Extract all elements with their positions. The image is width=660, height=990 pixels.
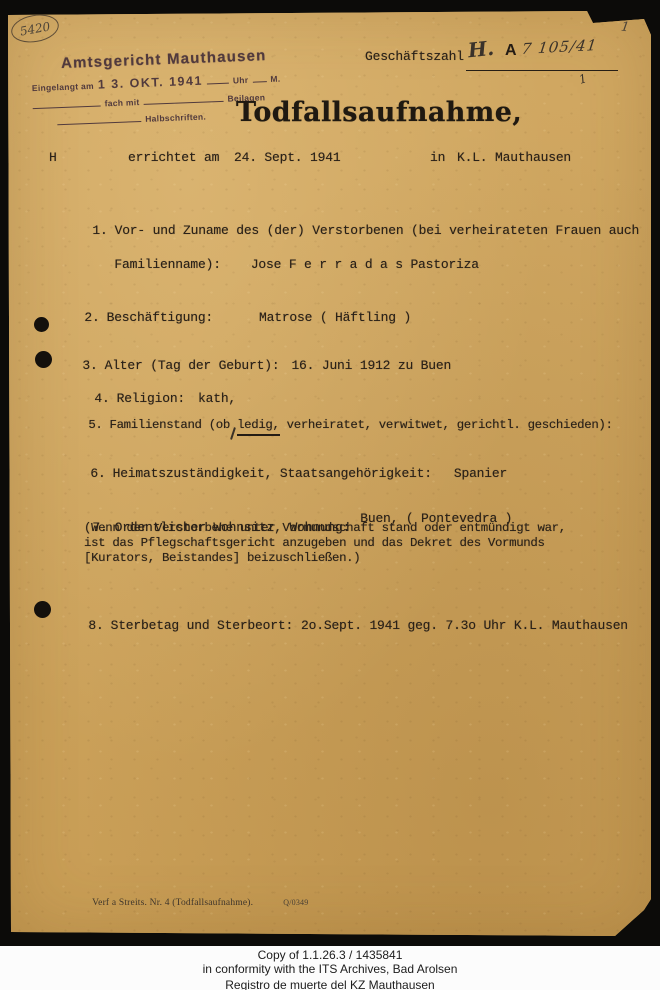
item-2-value: Matrose ( Häftling ) [259,310,411,325]
item-6-label: Heimatszuständigkeit, Staatsangehörigkei… [113,466,432,481]
item-3-value: 16. Juni 1912 zu Buen [291,358,451,373]
case-number-handwritten-prefix: H. [467,36,495,63]
item-2-line: 2.Beschäftigung:Matrose ( Häftling ) [54,296,411,341]
form-footer-reference: Verf a Streits. Nr. 4 (Todfallsaufnahme)… [92,898,253,908]
item-7-note-line-3: [Kurators, Beistandes] beizuschließen.) [84,551,360,565]
item-7-note-line-2: ist das Pflegschaftsgericht anzugeben un… [84,536,545,550]
item-6-number: 6. [90,466,105,481]
stamp-received-date: 1 3. OKT. 1941 [98,74,204,92]
case-number-small-mark: 1 [577,71,588,87]
stamp-court-name: Amtsgericht Mauthausen [61,46,301,72]
document-title: Todfallsaufnahme, [236,97,522,128]
stamp-blank-line [32,100,100,110]
stamp-blank-line [207,77,229,85]
caption-copy-reference: Copy of 1.1.26.3 / 1435841 [258,949,403,963]
stamp-uhr-label: Uhr [233,75,249,86]
item-1-label-continued: Familienname): [114,257,220,272]
stamp-blank-line [57,115,141,125]
item-6-value: Spanier [454,466,507,481]
item-8-value: 2o.Sept. 1941 geg. 7.3o Uhr K.L. Mauthau… [301,618,628,633]
item-2-label: Beschäftigung: [107,310,213,325]
item-3-number: 3. [82,358,97,373]
item-6-line: 6.Heimatszuständigkeit, Staatsangehörigk… [60,452,507,497]
header-margin-letter: H [49,151,57,166]
case-number-label: Geschäftszahl [365,50,464,65]
item-1-label: Vor- und Zuname des (der) Verstorbenen (… [115,223,640,238]
item-5-line: 5.Familienstand (ob ledig, verheiratet, … [60,404,613,447]
item-3-label: Alter (Tag der Geburt): [105,358,280,373]
header-in-label: in [430,151,445,166]
item-5-underlined-option: ledig, [237,418,280,436]
stamp-received-row: Eingelangt am 1 3. OKT. 1941 Uhr M. [32,70,302,94]
header-created-date: 24. Sept. 1941 [234,151,340,166]
page-number: 1 [620,19,630,35]
item-5-label-pre: Familienstand (ob [110,418,238,432]
stamp-halbschriften-label: Halbschriften. [145,112,206,124]
archive-ref-oval: 5420 [9,11,61,46]
stamp-fach-mit-label: fach mit [104,97,139,108]
archive-ref-number: 5420 [19,19,52,38]
item-5-number: 5. [88,418,102,432]
stamp-received-label: Eingelangt am [32,81,94,93]
stamp-blank-line [252,75,266,82]
archive-caption-bar: Copy of 1.1.26.3 / 1435841 in conformity… [0,946,660,990]
form-footer: Verf a Streits. Nr. 4 (Todfallsaufnahme)… [82,887,308,920]
hole-punch [34,317,49,332]
item-5-label-post: verheiratet, verwitwet, gerichtl. geschi… [280,418,613,432]
scanned-document-page: 5420 1 Amtsgericht Mauthausen Eingelangt… [8,9,651,936]
screenshot-root: { "document": { "archive_ref": "5420", "… [0,0,660,990]
caption-spanish-description: Registro de muerte del KZ Mauthausen [225,979,434,990]
item-8-label: Sterbetag und Sterbeort: [111,618,293,633]
header-created-label: errichtet am [128,151,219,166]
item-1-line-2: Familienname):Jose F e r r a d a s Pasto… [84,243,479,288]
hole-punch [34,601,51,618]
hole-punch [35,351,52,368]
header-place: K.L. Mauthausen [457,151,571,166]
item-8-line: 8.Sterbetag und Sterbeort:2o.Sept. 1941 … [58,604,628,649]
item-8-number: 8. [88,618,103,633]
item-2-number: 2. [84,310,99,325]
item-1-number: 1. [92,223,107,238]
stamp-m-label: M. [270,74,280,84]
form-footer-print-code: Q/0349 [283,898,308,907]
stamp-blank-line [143,95,223,105]
case-number-register-letter: A [505,42,517,60]
item-7-note-line-1: (Wenn der Verstorbene unter Vormundschaf… [84,521,566,535]
item-1-value: Jose F e r r a d a s Pastoriza [251,257,479,272]
caption-conformity-note: in conformity with the ITS Archives, Bad… [203,963,458,977]
